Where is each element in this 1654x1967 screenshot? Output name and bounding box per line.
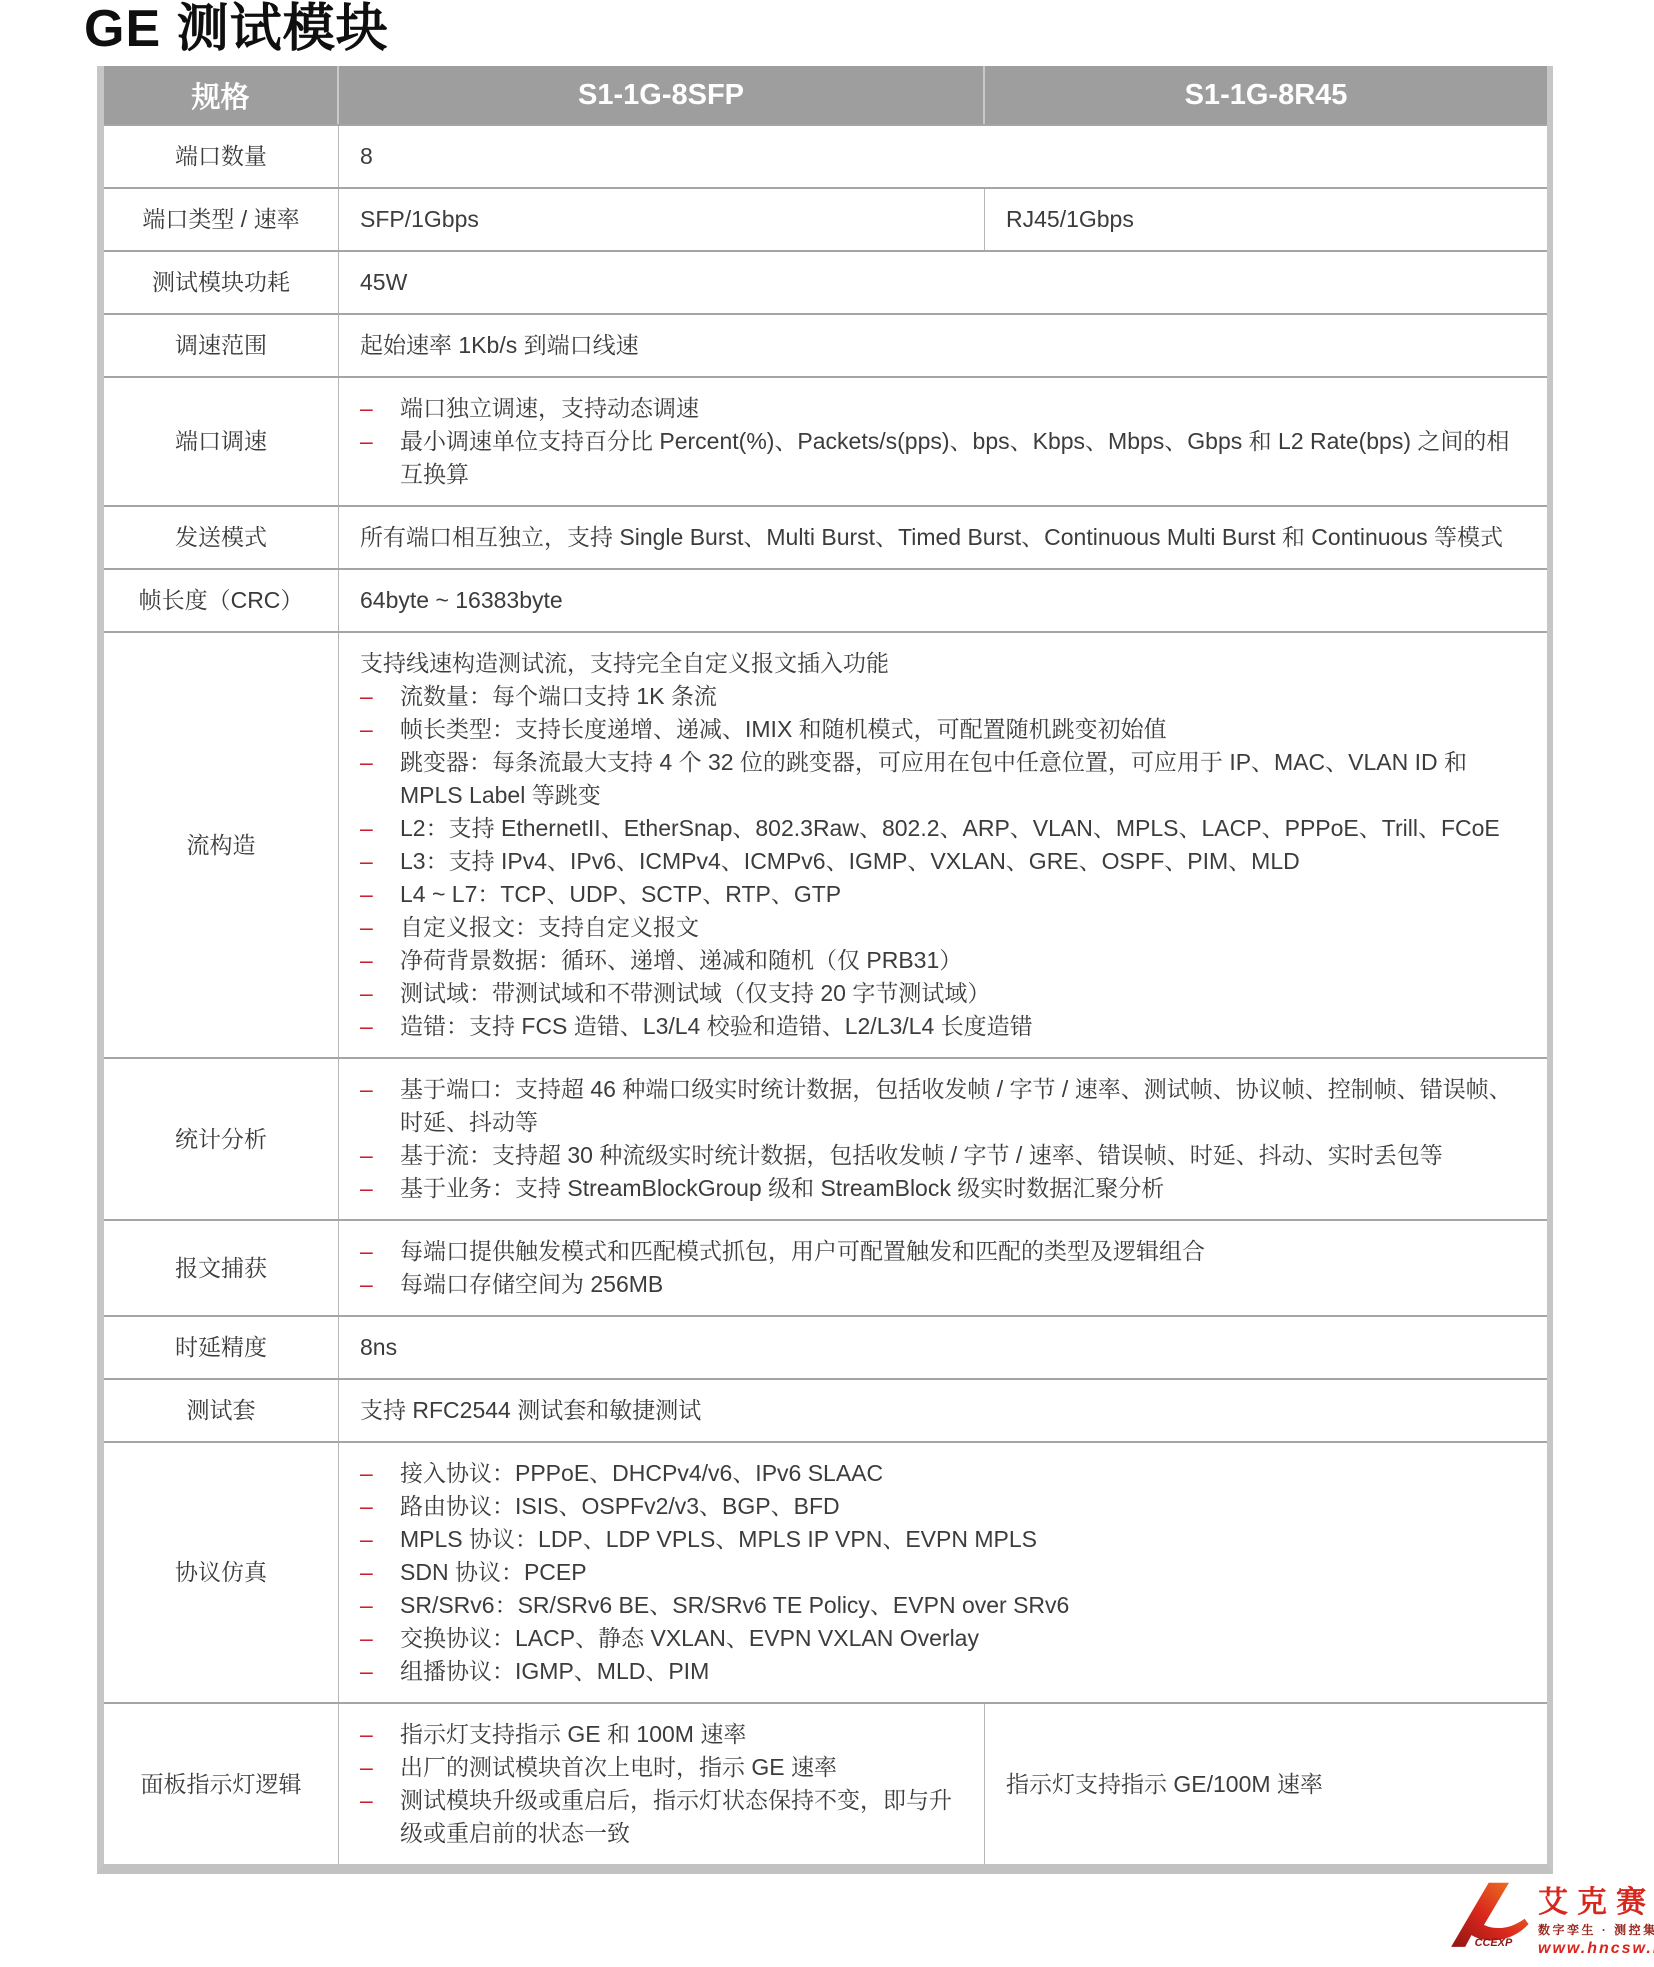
text-line: 8ns [360,1331,1529,1364]
bullet-line: –端口独立调速，支持动态调速 [360,392,1529,425]
bullet-dash-icon: – [360,1784,400,1817]
row-label: 端口数量 [104,126,339,187]
row-label: 协议仿真 [104,1443,339,1702]
bullet-dash-icon: – [360,1010,400,1043]
table-row: 协议仿真–接入协议：PPPoE、DHCPv4/v6、IPv6 SLAAC–路由协… [104,1441,1547,1702]
bullet-dash-icon: – [360,1490,400,1523]
bullet-dash-icon: – [360,878,400,911]
brand-tagline: 数字孪生 · 测控集成 [1538,1922,1654,1939]
cell-text: 测试模块升级或重启后，指示灯状态保持不变，即与升级或重启前的状态一致 [400,1784,966,1850]
table-row: 流构造支持线速构造测试流，支持完全自定义报文插入功能–流数量：每个端口支持 1K… [104,631,1547,1057]
bullet-dash-icon: – [360,713,400,746]
bullet-dash-icon: – [360,392,400,425]
row-cells: –接入协议：PPPoE、DHCPv4/v6、IPv6 SLAAC–路由协议：IS… [339,1443,1547,1702]
brand-url: www.hncsw.net [1538,1939,1654,1958]
cell-text: 最小调速单位支持百分比 Percent(%)、Packets/s(pps)、bp… [400,425,1529,491]
cell-text: L3：支持 IPv4、IPv6、ICMPv4、ICMPv6、IGMP、VXLAN… [400,845,1529,878]
cell-text: 交换协议：LACP、静态 VXLAN、EVPN VXLAN Overlay [400,1622,1529,1655]
bullet-line: –基于业务：支持 StreamBlockGroup 级和 StreamBlock… [360,1172,1529,1205]
cell-text: 造错：支持 FCS 造错、L3/L4 校验和造错、L2/L3/L4 长度造错 [400,1010,1529,1043]
bullet-line: –L2：支持 EthernetII、EtherSnap、802.3Raw、802… [360,812,1529,845]
text-line: 指示灯支持指示 GE/100M 速率 [1006,1768,1529,1801]
cell-text: 45W [360,266,1529,299]
row-value-cell: RJ45/1Gbps [985,189,1547,250]
bullet-line: –路由协议：ISIS、OSPFv2/v3、BGP、BFD [360,1490,1529,1523]
table-row: 测试模块功耗45W [104,250,1547,313]
row-label: 帧长度（CRC） [104,570,339,631]
bullet-dash-icon: – [360,845,400,878]
row-label: 面板指示灯逻辑 [104,1704,339,1864]
row-cells: 所有端口相互独立，支持 Single Burst、Multi Burst、Tim… [339,507,1547,568]
row-label: 端口调速 [104,378,339,505]
cell-text: SFP/1Gbps [360,203,966,236]
cell-text: SDN 协议：PCEP [400,1556,1529,1589]
row-value-cell: 8 [339,126,1547,187]
brand-logo: CCEXP 艾克赛普 数字孪生 · 测控集成 www.hncsw.net [1448,1868,1654,1960]
row-label: 报文捕获 [104,1221,339,1315]
row-cells: 起始速率 1Kb/s 到端口线速 [339,315,1547,376]
bullet-dash-icon: – [360,1235,400,1268]
bullet-line: –出厂的测试模块首次上电时，指示 GE 速率 [360,1751,966,1784]
bullet-dash-icon: – [360,1172,400,1205]
bullet-dash-icon: – [360,1268,400,1301]
row-label: 调速范围 [104,315,339,376]
table-header-row: 规格 S1-1G-8SFP S1-1G-8R45 [104,66,1547,124]
cell-text: 流数量：每个端口支持 1K 条流 [400,680,1529,713]
text-line: SFP/1Gbps [360,203,966,236]
cell-text: 起始速率 1Kb/s 到端口线速 [360,329,1529,362]
row-label: 测试模块功耗 [104,252,339,313]
cell-text: 测试域：带测试域和不带测试域（仅支持 20 字节测试域） [400,977,1529,1010]
bullet-line: –测试域：带测试域和不带测试域（仅支持 20 字节测试域） [360,977,1529,1010]
cell-text: L4 ~ L7：TCP、UDP、SCTP、RTP、GTP [400,878,1529,911]
bullet-line: –MPLS 协议：LDP、LDP VPLS、MPLS IP VPN、EVPN M… [360,1523,1529,1556]
cell-text: 8 [360,140,1529,173]
row-cells: 支持线速构造测试流，支持完全自定义报文插入功能–流数量：每个端口支持 1K 条流… [339,633,1547,1057]
row-label: 统计分析 [104,1059,339,1219]
bullet-line: –最小调速单位支持百分比 Percent(%)、Packets/s(pps)、b… [360,425,1529,491]
row-label: 时延精度 [104,1317,339,1378]
bullet-dash-icon: – [360,1556,400,1589]
bullet-dash-icon: – [360,812,400,845]
row-value-cell: 45W [339,252,1547,313]
bullet-line: –跳变器：每条流最大支持 4 个 32 位的跳变器，可应用在包中任意位置，可应用… [360,746,1529,812]
cell-text: 指示灯支持指示 GE 和 100M 速率 [400,1718,966,1751]
cell-text: 接入协议：PPPoE、DHCPv4/v6、IPv6 SLAAC [400,1457,1529,1490]
row-cells: 8ns [339,1317,1547,1378]
cell-text: RJ45/1Gbps [1006,203,1529,236]
text-line: 支持线速构造测试流，支持完全自定义报文插入功能 [360,647,1529,680]
bullet-line: –自定义报文：支持自定义报文 [360,911,1529,944]
row-value-cell: –每端口提供触发模式和匹配模式抓包，用户可配置触发和匹配的类型及逻辑组合–每端口… [339,1221,1547,1315]
bullet-dash-icon: – [360,977,400,1010]
text-line: 64byte ~ 16383byte [360,584,1529,617]
cell-text: MPLS 协议：LDP、LDP VPLS、MPLS IP VPN、EVPN MP… [400,1523,1529,1556]
text-line: 8 [360,140,1529,173]
bullet-dash-icon: – [360,746,400,779]
table-row: 调速范围起始速率 1Kb/s 到端口线速 [104,313,1547,376]
table-row: 发送模式所有端口相互独立，支持 Single Burst、Multi Burst… [104,505,1547,568]
cell-text: 跳变器：每条流最大支持 4 个 32 位的跳变器，可应用在包中任意位置，可应用于… [400,746,1529,812]
row-value-cell: –接入协议：PPPoE、DHCPv4/v6、IPv6 SLAAC–路由协议：IS… [339,1443,1547,1702]
bullet-dash-icon: – [360,1073,400,1106]
logo-mark-text: CCEXP [1475,1937,1513,1949]
cell-text: L2：支持 EthernetII、EtherSnap、802.3Raw、802.… [400,812,1529,845]
cell-text: 每端口存储空间为 256MB [400,1268,1529,1301]
bullet-line: –L4 ~ L7：TCP、UDP、SCTP、RTP、GTP [360,878,1529,911]
header-product-s1-1g-8r45: S1-1G-8R45 [985,66,1547,124]
row-value-cell: 64byte ~ 16383byte [339,570,1547,631]
text-line: 45W [360,266,1529,299]
cell-text: 净荷背景数据：循环、递增、递减和随机（仅 PRB31） [400,944,1529,977]
bullet-dash-icon: – [360,1139,400,1172]
cell-text: 自定义报文：支持自定义报文 [400,911,1529,944]
brand-name: 艾克赛普 [1538,1886,1654,1920]
row-value-cell: –端口独立调速，支持动态调速–最小调速单位支持百分比 Percent(%)、Pa… [339,378,1547,505]
cell-text: 组播协议：IGMP、MLD、PIM [400,1655,1529,1688]
row-value-cell: –基于端口：支持超 46 种端口级实时统计数据，包括收发帧 / 字节 / 速率、… [339,1059,1547,1219]
bullet-line: –每端口提供触发模式和匹配模式抓包，用户可配置触发和匹配的类型及逻辑组合 [360,1235,1529,1268]
text-line: 支持 RFC2544 测试套和敏捷测试 [360,1394,1529,1427]
bullet-dash-icon: – [360,1589,400,1622]
row-value-cell: 8ns [339,1317,1547,1378]
text-line: 所有端口相互独立，支持 Single Burst、Multi Burst、Tim… [360,521,1529,554]
cell-text: 基于流：支持超 30 种流级实时统计数据，包括收发帧 / 字节 / 速率、错误帧… [400,1139,1529,1172]
bullet-dash-icon: – [360,1751,400,1784]
bullet-line: –指示灯支持指示 GE 和 100M 速率 [360,1718,966,1751]
bullet-line: –造错：支持 FCS 造错、L3/L4 校验和造错、L2/L3/L4 长度造错 [360,1010,1529,1043]
table-row: 端口类型 / 速率SFP/1GbpsRJ45/1Gbps [104,187,1547,250]
bullet-line: –帧长类型：支持长度递增、递减、IMIX 和随机模式，可配置随机跳变初始值 [360,713,1529,746]
logo-text-block: 艾克赛普 数字孪生 · 测控集成 www.hncsw.net [1538,1886,1654,1960]
row-value-cell: SFP/1Gbps [339,189,985,250]
bullet-dash-icon: – [360,425,400,458]
row-cells: –端口独立调速，支持动态调速–最小调速单位支持百分比 Percent(%)、Pa… [339,378,1547,505]
table-row: 帧长度（CRC）64byte ~ 16383byte [104,568,1547,631]
bullet-line: –测试模块升级或重启后，指示灯状态保持不变，即与升级或重启前的状态一致 [360,1784,966,1850]
cell-text: 支持线速构造测试流，支持完全自定义报文插入功能 [360,647,1529,680]
cell-text: 指示灯支持指示 GE/100M 速率 [1006,1768,1529,1801]
table-row: 时延精度8ns [104,1315,1547,1378]
row-label: 测试套 [104,1380,339,1441]
row-cells: 8 [339,126,1547,187]
bullet-line: –净荷背景数据：循环、递增、递减和随机（仅 PRB31） [360,944,1529,977]
row-cells: –每端口提供触发模式和匹配模式抓包，用户可配置触发和匹配的类型及逻辑组合–每端口… [339,1221,1547,1315]
cell-text: 64byte ~ 16383byte [360,584,1529,617]
row-value-cell: 支持 RFC2544 测试套和敏捷测试 [339,1380,1547,1441]
bullet-line: –基于端口：支持超 46 种端口级实时统计数据，包括收发帧 / 字节 / 速率、… [360,1073,1529,1139]
row-value-cell: 支持线速构造测试流，支持完全自定义报文插入功能–流数量：每个端口支持 1K 条流… [339,633,1547,1057]
row-cells: 64byte ~ 16383byte [339,570,1547,631]
spec-table: 规格 S1-1G-8SFP S1-1G-8R45 端口数量8端口类型 / 速率S… [97,66,1553,1874]
table-row: 报文捕获–每端口提供触发模式和匹配模式抓包，用户可配置触发和匹配的类型及逻辑组合… [104,1219,1547,1315]
bullet-line: –基于流：支持超 30 种流级实时统计数据，包括收发帧 / 字节 / 速率、错误… [360,1139,1529,1172]
bullet-dash-icon: – [360,1655,400,1688]
table-row: 端口数量8 [104,124,1547,187]
row-label: 端口类型 / 速率 [104,189,339,250]
bullet-line: –每端口存储空间为 256MB [360,1268,1529,1301]
cell-text: 端口独立调速，支持动态调速 [400,392,1529,425]
bullet-dash-icon: – [360,1523,400,1556]
row-value-cell: –指示灯支持指示 GE 和 100M 速率–出厂的测试模块首次上电时，指示 GE… [339,1704,985,1864]
bullet-dash-icon: – [360,944,400,977]
table-row: 面板指示灯逻辑–指示灯支持指示 GE 和 100M 速率–出厂的测试模块首次上电… [104,1702,1547,1864]
bullet-line: –SDN 协议：PCEP [360,1556,1529,1589]
row-cells: –指示灯支持指示 GE 和 100M 速率–出厂的测试模块首次上电时，指示 GE… [339,1704,1547,1864]
bullet-line: –组播协议：IGMP、MLD、PIM [360,1655,1529,1688]
cell-text: 所有端口相互独立，支持 Single Burst、Multi Burst、Tim… [360,521,1529,554]
bullet-line: –接入协议：PPPoE、DHCPv4/v6、IPv6 SLAAC [360,1457,1529,1490]
page-title: GE 测试模块 [84,0,389,60]
bullet-line: –SR/SRv6：SR/SRv6 BE、SR/SRv6 TE Policy、EV… [360,1589,1529,1622]
row-value-cell: 起始速率 1Kb/s 到端口线速 [339,315,1547,376]
table-row: 统计分析–基于端口：支持超 46 种端口级实时统计数据，包括收发帧 / 字节 /… [104,1057,1547,1219]
row-cells: 支持 RFC2544 测试套和敏捷测试 [339,1380,1547,1441]
cell-text: 基于端口：支持超 46 种端口级实时统计数据，包括收发帧 / 字节 / 速率、测… [400,1073,1529,1139]
cell-text: 路由协议：ISIS、OSPFv2/v3、BGP、BFD [400,1490,1529,1523]
bullet-dash-icon: – [360,680,400,713]
text-line: 起始速率 1Kb/s 到端口线速 [360,329,1529,362]
cell-text: 支持 RFC2544 测试套和敏捷测试 [360,1394,1529,1427]
cell-text: 基于业务：支持 StreamBlockGroup 级和 StreamBlock … [400,1172,1529,1205]
bullet-line: –交换协议：LACP、静态 VXLAN、EVPN VXLAN Overlay [360,1622,1529,1655]
row-cells: SFP/1GbpsRJ45/1Gbps [339,189,1547,250]
cell-text: 出厂的测试模块首次上电时，指示 GE 速率 [400,1751,966,1784]
cell-text: 帧长类型：支持长度递增、递减、IMIX 和随机模式，可配置随机跳变初始值 [400,713,1529,746]
bullet-dash-icon: – [360,1622,400,1655]
header-spec-label: 规格 [104,66,339,124]
row-label: 流构造 [104,633,339,1057]
bullet-line: –L3：支持 IPv4、IPv6、ICMPv4、ICMPv6、IGMP、VXLA… [360,845,1529,878]
row-label: 发送模式 [104,507,339,568]
cell-text: 每端口提供触发模式和匹配模式抓包，用户可配置触发和匹配的类型及逻辑组合 [400,1235,1529,1268]
row-value-cell: 所有端口相互独立，支持 Single Burst、Multi Burst、Tim… [339,507,1547,568]
table-row: 端口调速–端口独立调速，支持动态调速–最小调速单位支持百分比 Percent(%… [104,376,1547,505]
row-cells: 45W [339,252,1547,313]
row-cells: –基于端口：支持超 46 种端口级实时统计数据，包括收发帧 / 字节 / 速率、… [339,1059,1547,1219]
table-body: 端口数量8端口类型 / 速率SFP/1GbpsRJ45/1Gbps测试模块功耗4… [104,124,1547,1864]
table-row: 测试套支持 RFC2544 测试套和敏捷测试 [104,1378,1547,1441]
text-line: RJ45/1Gbps [1006,203,1529,236]
row-value-cell: 指示灯支持指示 GE/100M 速率 [985,1704,1547,1864]
accexp-logo-icon: CCEXP [1448,1868,1534,1960]
bullet-dash-icon: – [360,1457,400,1490]
header-product-s1-1g-8sfp: S1-1G-8SFP [339,66,985,124]
bullet-dash-icon: – [360,1718,400,1751]
cell-text: SR/SRv6：SR/SRv6 BE、SR/SRv6 TE Policy、EVP… [400,1589,1529,1622]
bullet-line: –流数量：每个端口支持 1K 条流 [360,680,1529,713]
bullet-dash-icon: – [360,911,400,944]
cell-text: 8ns [360,1331,1529,1364]
